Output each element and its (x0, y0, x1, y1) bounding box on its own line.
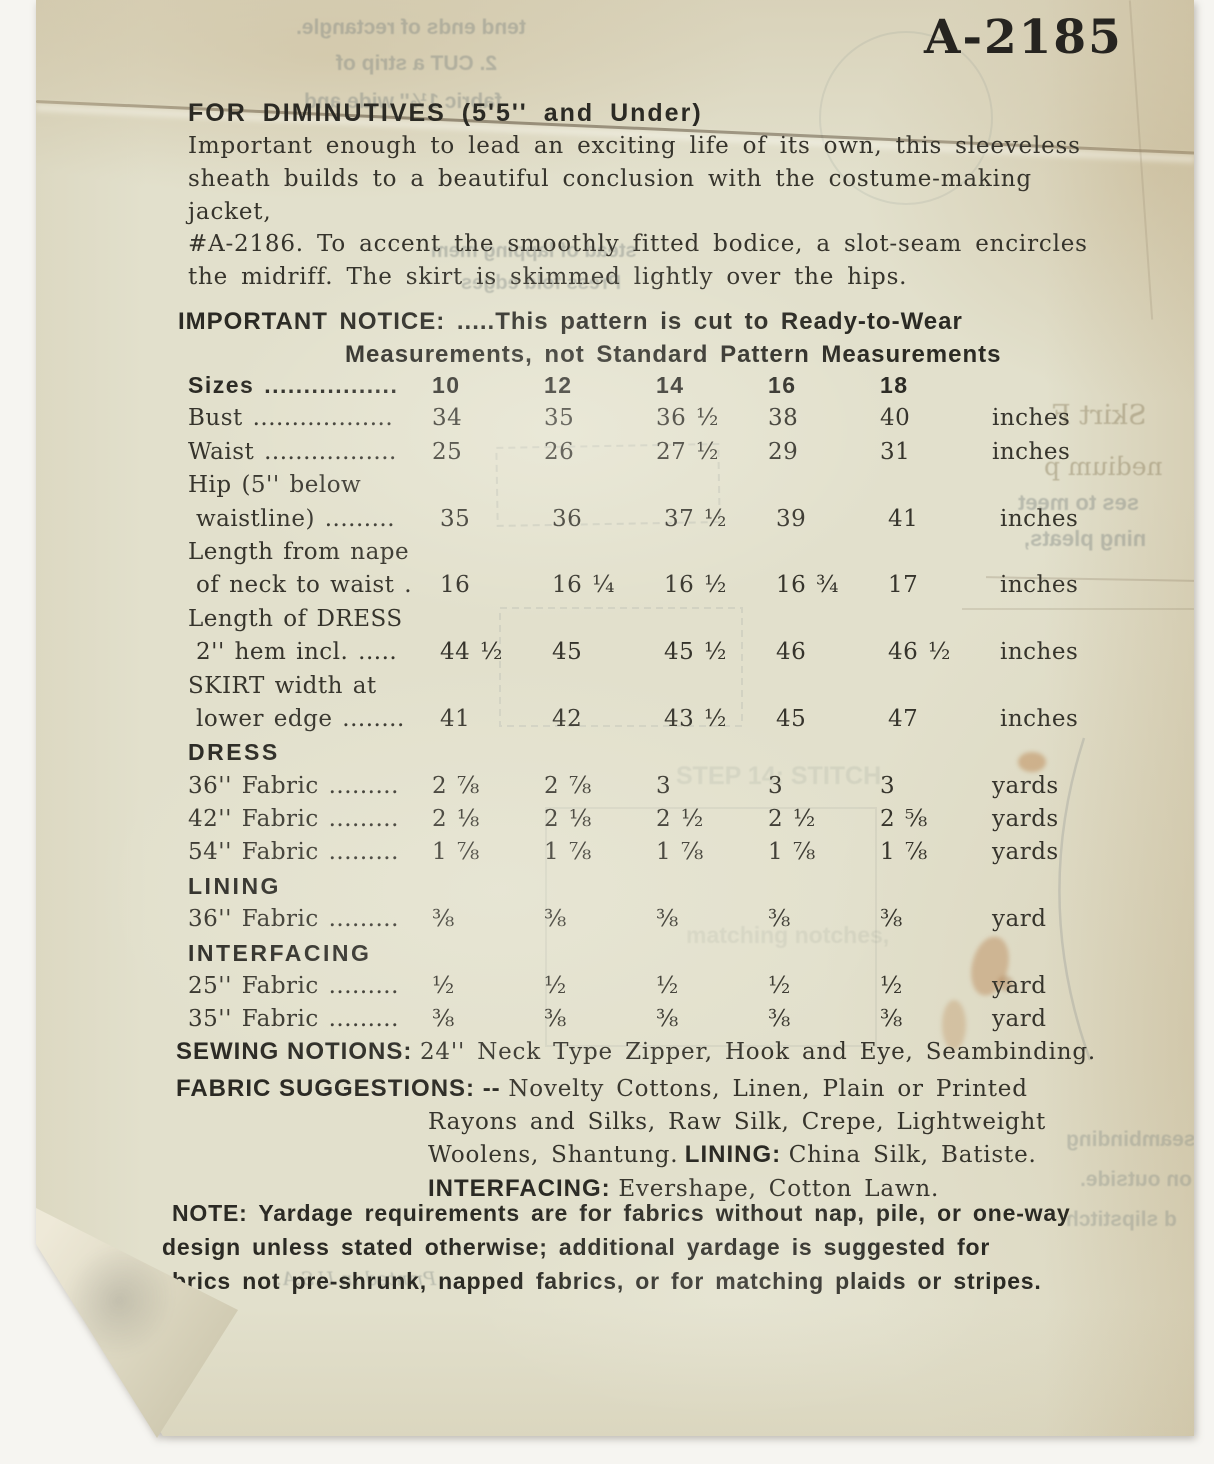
pattern-number: A-2185 (924, 10, 1123, 65)
row-label-top: Length of DRESS (188, 606, 432, 632)
table-cell: 39 (776, 506, 888, 532)
table-cell: 1 ⅞ (544, 839, 656, 865)
row-label: 36'' Fabric ......... (188, 773, 432, 799)
table-cell: ⅜ (768, 906, 880, 932)
section-header-lining: LINING (188, 873, 1168, 906)
table-cell: 16 ¾ (776, 572, 888, 598)
pattern-instruction-sheet: tend ends of rectangle. 2. CUT a strip o… (36, 0, 1194, 1436)
table-cell: ⅜ (768, 1006, 880, 1032)
row-dress-36: 36'' Fabric ......... 2 ⅞ 2 ⅞ 3 3 3 yard… (188, 773, 1168, 806)
note-line-1: NOTE: Yardage requirements are for fabri… (172, 1196, 1071, 1230)
table-cell: ½ (432, 973, 544, 999)
row-label: 2'' hem incl. ..... (188, 639, 440, 665)
notice-label: IMPORTANT NOTICE: (178, 308, 457, 335)
bleed-through-text: d slipstitch (1066, 1208, 1177, 1232)
unit-cell: yard (992, 973, 1122, 999)
table-cell: 3 (880, 773, 992, 799)
table-cell: 38 (768, 405, 880, 431)
bleed-through-text: on outside. (1080, 1168, 1192, 1192)
row-dress-42: 42'' Fabric ......... 2 ⅛ 2 ⅛ 2 ½ 2 ½ 2 … (188, 806, 1168, 839)
row-label: 25'' Fabric ......... (188, 973, 432, 999)
table-cell: 2 ⅛ (544, 806, 656, 832)
table-cell: 31 (880, 439, 992, 465)
table-cell: 34 (432, 405, 544, 431)
table-cell: 18 (880, 372, 992, 399)
fabric-suggestions-label: FABRIC SUGGESTIONS: -- (176, 1075, 508, 1102)
notice-line-2: Measurements, not Standard Pattern Measu… (345, 339, 1002, 372)
row-label: Sizes ................. (188, 372, 432, 399)
unit-cell: inches (1000, 706, 1130, 732)
row-waist: Waist ................. 25 26 27 ½ 29 31… (188, 439, 1168, 472)
fabric-line-3: Woolens, Shantung. LINING: China Silk, B… (428, 1138, 1046, 1172)
table-cell: 45 (776, 706, 888, 732)
table-cell: 46 ½ (888, 639, 1000, 665)
table-cell: 1 ⅞ (768, 839, 880, 865)
table-cell: ⅜ (432, 906, 544, 932)
table-cell: 16 ½ (664, 572, 776, 598)
scanner-bed: tend ends of rectangle. 2. CUT a strip o… (0, 0, 1214, 1464)
table-cell: 47 (888, 706, 1000, 732)
table-cell: 41 (440, 706, 552, 732)
table-cell: ⅜ (880, 906, 992, 932)
row-label-top: Hip (5'' below (188, 472, 432, 498)
fabric-suggestions: FABRIC SUGGESTIONS: -- Novelty Cottons, … (176, 1072, 1046, 1205)
unit-cell: inches (992, 405, 1122, 431)
fabric-line-2: Rayons and Silks, Raw Silk, Crepe, Light… (428, 1106, 1046, 1139)
row-nape-label-top: Length from nape (188, 539, 1168, 572)
table-cell: 14 (656, 372, 768, 399)
table-cell: 1 ⅞ (880, 839, 992, 865)
table-cell: 35 (440, 506, 552, 532)
row-label-top: SKIRT width at (188, 673, 432, 699)
intro-line: Important enough to lead an exciting lif… (188, 130, 1113, 163)
lining-label: LINING: (685, 1141, 789, 1168)
table-cell: ⅜ (880, 1006, 992, 1032)
row-label: of neck to waist . (188, 572, 440, 598)
row-skirt-width-label-top: SKIRT width at (188, 673, 1168, 706)
scanned-pattern-sheet: { "page": { "pattern_number": "A-2185", … (0, 0, 1214, 1464)
table-cell: 10 (432, 372, 544, 399)
table-cell: 26 (544, 439, 656, 465)
table-cell: ⅜ (544, 906, 656, 932)
table-cell: 12 (544, 372, 656, 399)
bleed-through-text: tend ends of rectangle. (296, 16, 526, 40)
table-cell: 37 ½ (664, 506, 776, 532)
table-cell: 29 (768, 439, 880, 465)
table-cell: 45 ½ (664, 639, 776, 665)
row-label: waistline) ......... (188, 506, 440, 532)
row-label: Bust .................. (188, 405, 432, 431)
row-interfacing-25: 25'' Fabric ......... ½ ½ ½ ½ ½ yard (188, 973, 1168, 1006)
row-label-top: Length from nape (188, 539, 432, 565)
sewing-notions-label: SEWING NOTIONS: (176, 1038, 420, 1065)
row-label: 36'' Fabric ......... (188, 906, 432, 932)
row-label: 35'' Fabric ......... (188, 1006, 432, 1032)
table-cell: 36 ½ (656, 405, 768, 431)
table-cell: 44 ½ (440, 639, 552, 665)
table-cell: 1 ⅞ (432, 839, 544, 865)
unit-cell: yard (992, 1006, 1122, 1032)
table-cell: 41 (888, 506, 1000, 532)
notice-text: .....This pattern is cut to Ready-to-Wea… (457, 308, 963, 335)
important-notice: IMPORTANT NOTICE: .....This pattern is c… (178, 306, 1002, 372)
table-cell: 40 (880, 405, 992, 431)
table-cell: ⅜ (544, 1006, 656, 1032)
row-bust: Bust .................. 34 35 36 ½ 38 40… (188, 405, 1168, 438)
table-cell: 1 ⅞ (656, 839, 768, 865)
unit-cell: inches (992, 439, 1122, 465)
table-cell: ½ (768, 973, 880, 999)
row-lining-36: 36'' Fabric ......... ⅜ ⅜ ⅜ ⅜ ⅜ yard (188, 906, 1168, 939)
row-hip-label-top: Hip (5'' below (188, 472, 1168, 505)
section-header-interfacing: INTERFACING (188, 940, 1168, 973)
table-cell: ⅜ (656, 1006, 768, 1032)
table-cell: 35 (544, 405, 656, 431)
table-cell: 42 (552, 706, 664, 732)
table-cell: 16 ¼ (552, 572, 664, 598)
table-cell: 16 (440, 572, 552, 598)
unit-cell: inches (1000, 639, 1130, 665)
row-label: lower edge ........ (188, 706, 440, 732)
row-nape: of neck to waist . 16 16 ¼ 16 ½ 16 ¾ 17 … (188, 572, 1168, 605)
row-label: 42'' Fabric ......... (188, 806, 432, 832)
table-cell: 2 ⅝ (880, 806, 992, 832)
table-cell: 16 (768, 372, 880, 399)
unit-cell: inches (1000, 572, 1130, 598)
row-dress-length: 2'' hem incl. ..... 44 ½ 45 45 ½ 46 46 ½… (188, 639, 1168, 672)
row-dress-length-label-top: Length of DRESS (188, 606, 1168, 639)
table-cell: 2 ½ (768, 806, 880, 832)
row-skirt-width: lower edge ........ 41 42 43 ½ 45 47 inc… (188, 706, 1168, 739)
intro-line: #A-2186. To accent the smoothly fitted b… (188, 228, 1113, 261)
measurement-table: Sizes ................. 10 12 14 16 18 B… (188, 372, 1168, 1040)
table-cell: 43 ½ (664, 706, 776, 732)
unit-cell: yards (992, 839, 1122, 865)
note-line-2: design unless stated otherwise; addition… (162, 1230, 1071, 1264)
row-hip: waistline) ......... 35 36 37 ½ 39 41 in… (188, 506, 1168, 539)
note: NOTE: Yardage requirements are for fabri… (172, 1196, 1071, 1298)
intro-paragraph: Important enough to lead an exciting lif… (188, 130, 1113, 294)
table-cell: 2 ½ (656, 806, 768, 832)
section-header-dress: DRESS (188, 739, 1168, 772)
row-dress-54: 54'' Fabric ......... 1 ⅞ 1 ⅞ 1 ⅞ 1 ⅞ 1 … (188, 839, 1168, 872)
note-line-3: fabrics not pre-shrunk, napped fabrics, … (150, 1264, 1071, 1298)
table-cell: 2 ⅞ (432, 773, 544, 799)
row-label: 54'' Fabric ......... (188, 839, 432, 865)
row-label: Waist ................. (188, 439, 432, 465)
table-cell: 17 (888, 572, 1000, 598)
sewing-notions-text: 24'' Neck Type Zipper, Hook and Eye, Sea… (420, 1039, 1096, 1065)
unit-cell: yard (992, 906, 1122, 932)
crease-line (1129, 0, 1153, 319)
table-cell: ½ (656, 973, 768, 999)
table-cell: 46 (776, 639, 888, 665)
intro-line: sheath builds to a beautiful conclusion … (188, 163, 1113, 229)
unit-cell: yards (992, 773, 1122, 799)
sewing-notions: SEWING NOTIONS: 24'' Neck Type Zipper, H… (176, 1038, 1096, 1066)
table-cell: 2 ⅞ (544, 773, 656, 799)
unit-cell: yards (992, 806, 1122, 832)
unit-cell: inches (1000, 506, 1130, 532)
table-cell: 2 ⅛ (432, 806, 544, 832)
table-cell: 36 (552, 506, 664, 532)
table-cell: ½ (544, 973, 656, 999)
table-cell: 3 (768, 773, 880, 799)
table-cell: ⅜ (656, 906, 768, 932)
notice-line-1: IMPORTANT NOTICE: .....This pattern is c… (178, 306, 1002, 339)
table-cell: ½ (880, 973, 992, 999)
table-cell: 45 (552, 639, 664, 665)
table-cell: 25 (432, 439, 544, 465)
bleed-through-text: seambinding (1066, 1128, 1196, 1152)
table-cell: ⅜ (432, 1006, 544, 1032)
row-interfacing-35: 35'' Fabric ......... ⅜ ⅜ ⅜ ⅜ ⅜ yard (188, 1006, 1168, 1039)
note-label: NOTE: (172, 1200, 258, 1226)
row-sizes: Sizes ................. 10 12 14 16 18 (188, 372, 1168, 405)
fabric-line-1: FABRIC SUGGESTIONS: -- Novelty Cottons, … (176, 1072, 1046, 1106)
bleed-through-text: 2. CUT a strip of (336, 52, 497, 76)
table-cell: 3 (656, 773, 768, 799)
intro-line: the midriff. The skirt is skimmed lightl… (188, 261, 1113, 294)
table-cell: 27 ½ (656, 439, 768, 465)
size-heading: FOR DIMINUTIVES (5'5'' and Under) (188, 99, 703, 128)
